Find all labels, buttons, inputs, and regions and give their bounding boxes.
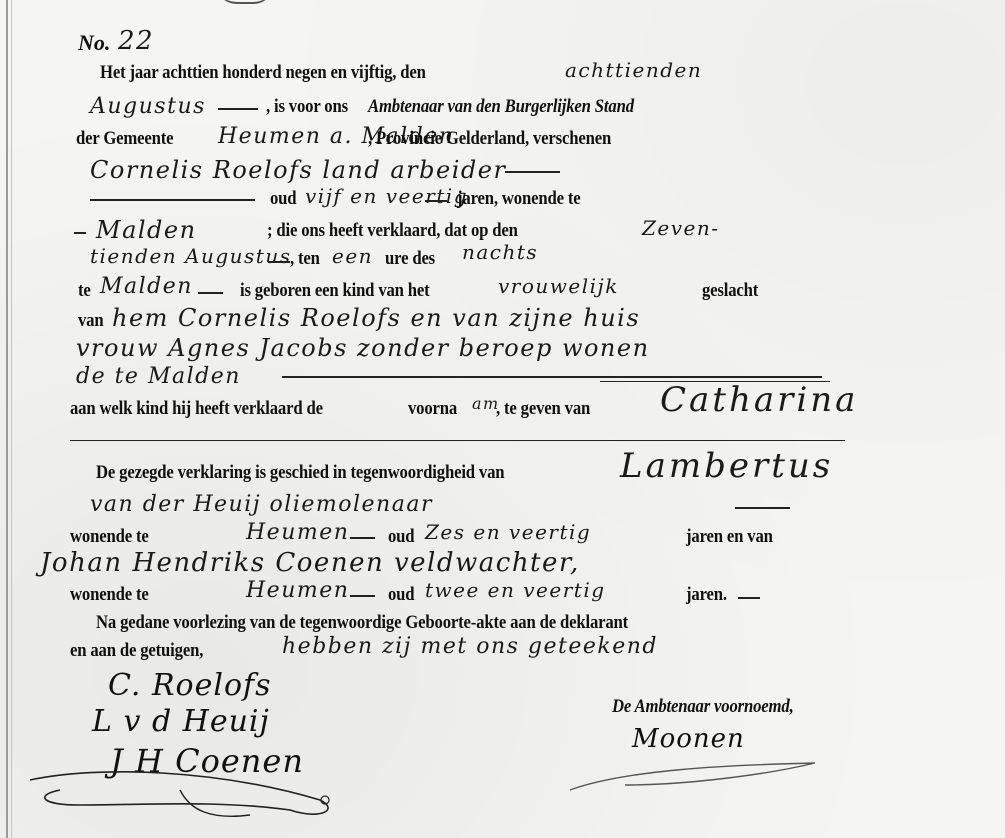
line-18-print: Na gedane voorlezing van de tegenwoordig… xyxy=(96,612,628,634)
line-7-hand-a: tienden Augustus xyxy=(90,244,291,268)
line-14-hand: van der Heuij oliemolenaar xyxy=(90,492,433,517)
fill-dash xyxy=(350,537,375,539)
line-12-print-c: , te geven van xyxy=(496,398,590,420)
scanned-birth-certificate: No. 22 Het jaar achttien honderd negen e… xyxy=(0,0,1005,838)
line-17-hand-b: twee en veertig xyxy=(425,578,606,602)
line-15-print-a: wonende te xyxy=(70,526,149,548)
top-ink-arc xyxy=(215,0,275,4)
line-2-hand: Augustus xyxy=(90,94,206,119)
line-17-print-b: oud xyxy=(388,584,414,606)
line-5-print-b: jaren, wonende te xyxy=(457,188,580,210)
fill-dash xyxy=(268,261,290,263)
line-3-print-a: der Gemeente xyxy=(76,128,173,150)
blank-rule xyxy=(70,440,845,441)
line-6-print: ; die ons heeft verklaard, dat op den xyxy=(267,220,518,242)
line-3-print-b: , Provincie Gelderland, verschenen xyxy=(368,128,611,150)
signature-father: C. Roelofs xyxy=(108,668,272,703)
line-13-hand: Lambertus xyxy=(620,446,833,486)
official-signature: Moonen xyxy=(632,724,745,754)
line-15-print-c: jaren en van xyxy=(686,526,773,548)
line-8-hand-a: Malden xyxy=(100,274,193,299)
fill-dash xyxy=(425,200,447,202)
line-19-print: en aan de getuigen, xyxy=(70,640,203,662)
fill-dash xyxy=(505,171,560,173)
line-7-hand-c: nachts xyxy=(462,240,538,264)
line-7-hand-b: een xyxy=(332,244,373,268)
line-11-hand: de te Malden xyxy=(76,364,241,389)
line-4-hand: Cornelis Roelofs land arbeider xyxy=(90,156,506,184)
line-9-hand: hem Cornelis Roelofs en van zijne huis xyxy=(112,304,640,332)
blank-rule xyxy=(282,376,822,378)
fill-dash xyxy=(74,232,86,234)
page-margin-line-inner xyxy=(11,0,12,838)
line-5-print-a: oud xyxy=(270,188,296,210)
line-6-hand-a: Malden xyxy=(96,216,197,244)
line-1-hand: achttienden xyxy=(565,58,702,82)
line-12-print-a: aan welk kind hij heeft verklaard de xyxy=(70,398,323,420)
line-5-hand: vijf en veertig xyxy=(305,184,468,208)
fill-dash xyxy=(738,597,760,599)
line-7-print-b: ure des xyxy=(385,248,435,270)
line-15-print-b: oud xyxy=(388,526,414,548)
blank-rule xyxy=(90,199,255,201)
line-8-print-b: is geboren een kind van het xyxy=(240,280,430,302)
line-17-print-c: jaren. xyxy=(686,584,727,606)
line-8-print-a: te xyxy=(78,280,91,302)
fill-dash xyxy=(735,507,790,509)
fill-dash xyxy=(198,292,223,294)
line-19-hand: hebben zij met ons geteekend xyxy=(282,634,658,659)
line-6-hand-b: Zeven- xyxy=(642,216,720,240)
line-2-print-a: , is voor ons xyxy=(266,96,348,118)
line-8-print-c: geslacht xyxy=(702,280,758,302)
line-15-hand-a: Heumen xyxy=(246,520,349,545)
page-margin-line xyxy=(6,0,8,838)
line-1-print: Het jaar achttien honderd negen en vijft… xyxy=(100,62,426,84)
signature-witness-1: L v d Heuij xyxy=(92,704,270,739)
fill-dash xyxy=(350,595,375,597)
line-17-hand-a: Heumen xyxy=(246,578,349,603)
line-16-hand: Johan Hendriks Coenen veldwachter, xyxy=(40,548,580,578)
certificate-number-value: 22 xyxy=(118,26,154,56)
line-10-hand: vrouw Agnes Jacobs zonder beroep wonen xyxy=(76,334,650,362)
line-15-hand-b: Zes en veertig xyxy=(425,520,591,544)
fill-dash xyxy=(218,108,258,110)
line-2-print-b: Ambtenaar van den Burgerlijken Stand xyxy=(368,96,634,118)
line-7-print-a: , ten xyxy=(290,248,320,270)
signature-flourish xyxy=(20,760,350,830)
official-signature-flourish xyxy=(565,755,825,795)
line-17-print-a: wonende te xyxy=(70,584,149,606)
line-13-print: De gezegde verklaring is geschied in teg… xyxy=(96,462,504,484)
line-8-hand-b: vrouwelijk xyxy=(498,274,619,298)
child-name-hand: Catharina xyxy=(660,380,858,420)
official-label: De Ambtenaar voornoemd, xyxy=(612,696,794,718)
line-9-print: van xyxy=(78,310,103,332)
line-12-print-b: voorna xyxy=(408,398,457,420)
certificate-number-label: No. xyxy=(78,30,110,56)
